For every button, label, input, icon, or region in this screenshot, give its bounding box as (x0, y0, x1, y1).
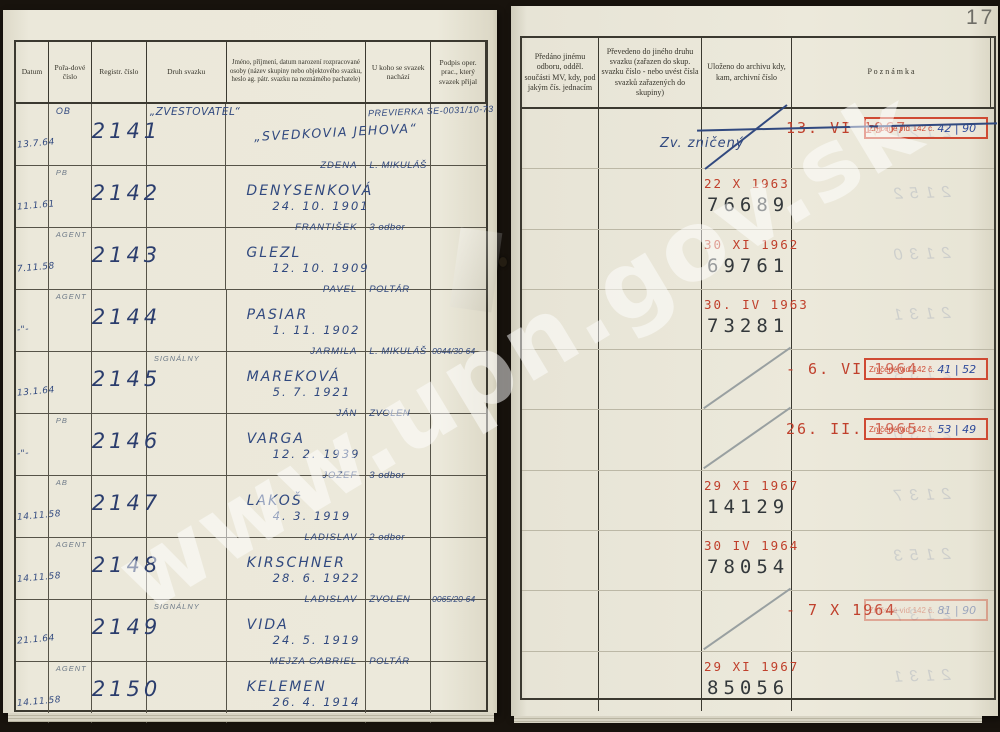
archive-number-stamp: 76689 (707, 194, 789, 216)
bleedthrough-ghost-number: 2137 (887, 486, 951, 506)
cell-poradove: PB (49, 166, 92, 227)
cell-poznamka: 2153 (792, 531, 991, 590)
table-row: 21.1.64 2149 SIGNÁLNY LADISLAV VIDA24. 5… (16, 600, 486, 662)
cell-ukoho: ZVOLEN (366, 414, 431, 475)
cell-ulozeno: 30 IV 1964 78054 (702, 531, 792, 590)
cell-ukoho: 3 odbor (366, 228, 431, 289)
cell-ulozeno (702, 350, 792, 409)
cell-druh: SIGNÁLNY (147, 600, 227, 661)
destroyed-stamp-box: Zničené viď 142 č.53 | 49 (864, 418, 988, 440)
date-stamp: 22 X 1963 (704, 176, 790, 191)
cell-meno: ZDENA DENYSENKOVÁ24. 10. 1901 (226, 166, 366, 227)
cell-datum: 7.11.58 (16, 228, 49, 289)
header-registr: Registr. číslo (92, 42, 147, 102)
pencil-diagonal-mark (703, 407, 791, 469)
cell-druh (147, 166, 227, 227)
left-table-header: Datum Pořa-dové číslo Registr. číslo Dru… (16, 42, 486, 104)
cell-ulozeno (702, 591, 792, 650)
cell-datum: 14.11.58 (16, 476, 49, 537)
cell-predano (522, 591, 599, 650)
cell-druh: „ZVESTOVATEL“ (147, 104, 227, 165)
cell-poznamka: 2137 (792, 471, 991, 530)
cell-registr: 2144 (92, 290, 147, 351)
pencil-diagonal-mark (703, 347, 791, 409)
bleedthrough-ghost-number: 2131 (887, 305, 951, 325)
cell-poznamka: 26. II. 1965 Zničené viď 142 č.53 | 49 2… (792, 410, 991, 469)
cell-prevedeno (599, 471, 702, 530)
table-row: 13.1.64 2145 SIGNÁLNY JARMILA MAREKOVÁ5.… (16, 352, 486, 414)
table-row: 30 XI 1962 69761 2130 (522, 230, 994, 290)
cell-poradove: OB (49, 104, 92, 165)
table-row: - 6. VI 1964 Zničené viď 142 č.41 | 52 2… (522, 350, 994, 410)
table-row: 26. II. 1965 Zničené viď 142 č.53 | 49 2… (522, 410, 994, 470)
archive-number-stamp: 78054 (707, 556, 789, 578)
bleedthrough-ghost-number: 2153 (887, 546, 951, 566)
cell-datum: 21.1.64 (16, 600, 49, 661)
cell-ukoho: 2 odbor (366, 538, 431, 599)
destroyed-stamp-box: Zničené viď 142 č.81 | 90 (864, 599, 988, 621)
cell-poznamka: - 7 X 1964 Zničené viď 142 č.81 | 90 213… (792, 591, 991, 650)
date-stamp: 29 XI 1967 (704, 478, 799, 493)
cell-ukoho: L. MIKULÁŠ (366, 352, 431, 413)
date-stamp: 30. IV 1963 (704, 297, 809, 312)
cell-predano (522, 471, 599, 530)
cell-registr: 2143 (92, 228, 147, 289)
cell-predano (522, 531, 599, 590)
cell-registr: 2141 (92, 104, 147, 165)
cell-meno: JARMILA MAREKOVÁ5. 7. 1921 (227, 352, 367, 413)
table-row: 11.1.61 PB 2142 ZDENA DENYSENKOVÁ24. 10.… (16, 166, 486, 228)
cell-poradove: AGENT (49, 538, 92, 599)
table-row: 14.11.58 AB 2147 JOZEF LAKOŠ4. 3. 1919 3… (16, 476, 486, 538)
date-stamp: 30 XI 1962 (704, 237, 799, 252)
header-ukoho: U koho se svazek nachází (366, 42, 431, 102)
cell-registr: 2145 (92, 352, 147, 413)
bleedthrough-ghost-number: 2130 (887, 244, 951, 264)
cell-prevedeno (599, 652, 702, 711)
table-row: - 7 X 1964 Zničené viď 142 č.81 | 90 213… (522, 591, 994, 651)
cell-prevedeno (599, 290, 702, 349)
table-row: 14.11.58 AGENT 2148 LADISLAV KIRSCHNER28… (16, 538, 486, 600)
cell-predano (522, 410, 599, 469)
archival-registry-scan: { "page_number": "17", "watermark": "www… (0, 0, 1000, 732)
cell-poznamka: 13. VI 1967 Zničené viď 142 č.42 | 90 Zv… (792, 109, 991, 168)
cell-poznamka: 2130 (792, 230, 991, 289)
header-prevedeno: Převedeno do jiného druhu svazku (zařaze… (599, 38, 702, 107)
cell-predano (522, 652, 599, 711)
table-row: 30. IV 1963 73281 2131 (522, 290, 994, 350)
cell-ulozeno: 30 XI 1962 69761 (702, 230, 792, 289)
table-row: 22 X 1963 76689 2152 (522, 169, 994, 229)
cell-prevedeno (599, 531, 702, 590)
cell-datum: 11.1.61 (16, 166, 49, 227)
cell-predano (522, 350, 599, 409)
cell-druh (147, 290, 227, 351)
date-stamp: 29 XI 1967 (704, 659, 799, 674)
cell-ulozeno: 29 XI 1967 85056 (702, 652, 792, 711)
header-poradove: Pořa-dové číslo (49, 42, 92, 102)
cell-datum: 13.1.64 (16, 352, 49, 413)
destroyed-stamp-box: Zničené viď 142 č.41 | 52 (864, 358, 988, 380)
header-ulozeno: Uloženo do archivu kdy, kam, archivní čí… (702, 38, 792, 107)
cell-poznamka: 2152 (792, 169, 991, 228)
cell-poradove: AB (49, 476, 92, 537)
header-meno: Jméno, příjmení, datum narození rozpraco… (227, 42, 367, 102)
cell-podpis (431, 538, 486, 599)
cell-poznamka: 2131 (792, 290, 991, 349)
cell-prevedeno (599, 169, 702, 228)
bleedthrough-ghost-number: 2131 (887, 667, 951, 687)
cell-poradove: PB (49, 414, 92, 475)
cell-registr: 2148 (92, 538, 147, 599)
cell-ukoho: ZVOLEN (366, 600, 431, 661)
archive-number-stamp: 69761 (707, 255, 789, 277)
cell-registr: 2142 (92, 166, 147, 227)
cell-datum: 14.11.58 (16, 538, 49, 599)
bleedthrough-ghost-number: 2152 (887, 184, 951, 204)
header-podpis: Podpis oper. prac., který svazek přijal (431, 42, 486, 102)
page-stack-edge (514, 716, 982, 723)
table-row: 13. VI 1967 Zničené viď 142 č.42 | 90 Zv… (522, 109, 994, 169)
destroyed-stamp-box: Zničené viď 142 č.42 | 90 (864, 117, 988, 139)
page-number: 17 (966, 6, 995, 30)
right-table-header: Předáno jinému odboru, odděl. součásti M… (522, 38, 994, 109)
archive-number-stamp: 73281 (707, 315, 789, 337)
cell-podpis (431, 414, 486, 475)
cell-poradove (49, 600, 92, 661)
table-row: 29 XI 1967 14129 2137 (522, 471, 994, 531)
left-registry-table: Datum Pořa-dové číslo Registr. číslo Dru… (14, 40, 488, 712)
cell-druh (147, 414, 227, 475)
cell-podpis (431, 476, 486, 537)
cell-prevedeno (599, 410, 702, 469)
header-druh: Druh svazku (147, 42, 227, 102)
cell-meno: „SVEDKOVIA JEHOVA“ (226, 104, 366, 165)
pencil-diagonal-mark (703, 588, 791, 650)
cell-druh (147, 228, 227, 289)
cell-druh: SIGNÁLNY (147, 352, 227, 413)
cell-ukoho: POLTÁR (366, 290, 431, 351)
cell-poradove: AGENT (49, 228, 92, 289)
cell-poradove (49, 352, 92, 413)
cell-meno: JÁN VARGA12. 2. 1939 (227, 414, 367, 475)
header-predano: Předáno jinému odboru, odděl. součásti M… (522, 38, 599, 107)
cell-prevedeno (599, 230, 702, 289)
cell-druh (147, 476, 227, 537)
left-page: Datum Pořa-dové číslo Registr. číslo Dru… (3, 10, 497, 713)
cell-datum: 13.7.64 (16, 104, 49, 165)
cell-predano (522, 109, 599, 168)
table-row: 30 IV 1964 78054 2153 (522, 531, 994, 591)
cell-ulozeno: 30. IV 1963 73281 (702, 290, 792, 349)
date-stamp: 30 IV 1964 (704, 538, 799, 553)
cell-podpis: 0044/30-64 (431, 352, 486, 413)
cell-poradove: AGENT (49, 290, 92, 351)
table-row: 7.11.58 AGENT 2143 FRANTIŠEK GLEZL12. 10… (16, 228, 486, 290)
cell-meno: LADISLAV KIRSCHNER28. 6. 1922 (227, 538, 367, 599)
cell-prevedeno (599, 350, 702, 409)
right-registry-table: Předáno jinému odboru, odděl. součásti M… (520, 36, 996, 700)
table-row: -"- AGENT 2144 PAVEL PASIAR1. 11. 1902 P… (16, 290, 486, 352)
cell-podpis: 0065/20-64 (431, 600, 486, 661)
page-stack-edge (8, 713, 494, 722)
cell-prevedeno (599, 591, 702, 650)
archive-number-stamp: 85056 (707, 677, 789, 699)
table-row: 29 XI 1967 85056 2131 (522, 652, 994, 711)
cell-registr: 2149 (92, 600, 147, 661)
cell-meno: PAVEL PASIAR1. 11. 1902 (227, 290, 367, 351)
cell-meno: FRANTIŠEK GLEZL12. 10. 1909 (226, 228, 366, 289)
cell-ulozeno: 22 X 1963 76689 (702, 169, 792, 228)
cell-registr: 2147 (92, 476, 147, 537)
cell-predano (522, 290, 599, 349)
cell-ukoho: L. MIKULÁŠ (366, 166, 431, 227)
header-datum: Datum (16, 42, 49, 102)
header-poznamka: P o z n á m k a (792, 38, 991, 107)
archive-number-stamp: 14129 (707, 496, 789, 518)
right-page: Předáno jinému odboru, odděl. součásti M… (511, 6, 998, 716)
table-row: -"- PB 2146 JÁN VARGA12. 2. 1939 ZVOLEN (16, 414, 486, 476)
handwritten-note: Zv. zničený (660, 136, 745, 151)
cell-ulozeno (702, 410, 792, 469)
cell-predano (522, 230, 599, 289)
cell-predano (522, 169, 599, 228)
cell-poznamka: 2131 (792, 652, 991, 711)
cell-datum: -"- (16, 414, 49, 475)
cell-meno: JOZEF LAKOŠ4. 3. 1919 (227, 476, 367, 537)
cell-ulozeno: 29 XI 1967 14129 (702, 471, 792, 530)
cell-meno: LADISLAV VIDA24. 5. 1919 (227, 600, 367, 661)
cell-poznamka: - 6. VI 1964 Zničené viď 142 č.41 | 52 2… (792, 350, 991, 409)
cell-registr: 2146 (92, 414, 147, 475)
cell-ukoho: 3 odbor (366, 476, 431, 537)
cell-datum: -"- (16, 290, 49, 351)
cell-podpis (431, 166, 486, 227)
binding-staple-dot (499, 257, 507, 267)
cell-druh (147, 538, 227, 599)
